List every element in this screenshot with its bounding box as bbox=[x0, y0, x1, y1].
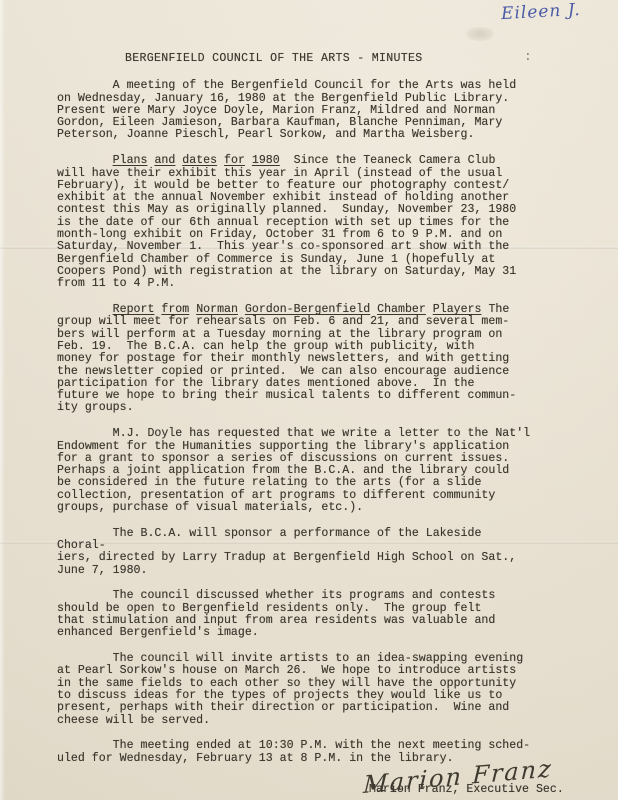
paragraph-text: The meeting ended at 10:30 P.M. with the… bbox=[57, 739, 530, 764]
paragraph-text: The council will invite artists to an id… bbox=[57, 652, 523, 726]
section-heading-plans-and-dates: Plans and dates for 1980 bbox=[113, 154, 280, 167]
signature-block: Marion Franz Marion Franz, Executive Sec… bbox=[369, 779, 537, 797]
paragraph-text: The group will meet for rehearsals on Fe… bbox=[57, 303, 516, 414]
paragraph-indent bbox=[57, 303, 113, 316]
handwritten-note: Eileen J. bbox=[501, 0, 582, 24]
paragraph-chamber-players-report: Report from Norman Gordon-Bergenfield Ch… bbox=[57, 304, 537, 415]
paragraph-text: The council discussed whether its progra… bbox=[57, 589, 495, 639]
paragraph-text: A meeting of the Bergenfield Council for… bbox=[57, 79, 516, 141]
section-heading-chamber-players: Report from Norman Gordon-Bergenfield Ch… bbox=[113, 303, 482, 316]
document-content: BERGENFIELD COUNCIL OF THE ARTS - MINUTE… bbox=[57, 53, 537, 796]
smudge-mark bbox=[466, 27, 494, 41]
paragraph-residency-discussion: The council discussed whether its progra… bbox=[57, 590, 537, 639]
paragraph-doyle-grant-letter: M.J. Doyle has requested that we write a… bbox=[57, 428, 537, 514]
paragraph-text: The B.C.A. will sponsor a performance of… bbox=[57, 527, 516, 577]
paragraph-lakeside-choraliers: The B.C.A. will sponsor a performance of… bbox=[57, 528, 537, 577]
document-page: Eileen J. : BERGENFIELD COUNCIL OF THE A… bbox=[0, 0, 618, 800]
paragraph-plans-and-dates: Plans and dates for 1980 Since the Teane… bbox=[57, 155, 537, 290]
paragraph-text: Since the Teaneck Camera Club will have … bbox=[57, 154, 516, 290]
document-title: BERGENFIELD COUNCIL OF THE ARTS - MINUTE… bbox=[125, 53, 537, 65]
paragraph-idea-swapping-evening: The council will invite artists to an id… bbox=[57, 653, 537, 727]
paragraph-indent bbox=[57, 154, 113, 167]
paragraph-meeting-intro: A meeting of the Bergenfield Council for… bbox=[57, 80, 537, 141]
paragraph-text: M.J. Doyle has requested that we write a… bbox=[57, 427, 530, 514]
